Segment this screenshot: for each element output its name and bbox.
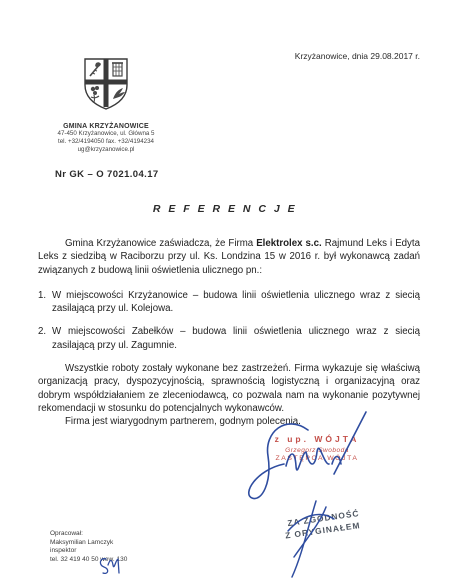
list-item-text: W miejscowości Krzyżanowice – budowa lin… xyxy=(52,289,420,316)
intro-before: Gmina Krzyżanowice zaświadcza, że Firma xyxy=(65,238,256,249)
document-body: Gmina Krzyżanowice zaświadcza, że Firma … xyxy=(38,237,420,429)
letterhead-email: ug@krzyzanowice.pl xyxy=(33,146,179,154)
preparer-initials-paraph xyxy=(96,551,124,577)
reference-letter-page: Krzyżanowice, dnia 29.08.2017 r. xyxy=(0,0,450,585)
document-title: R E F E R E N C J E xyxy=(0,203,450,215)
prepared-name: Maksymilian Lamczyk xyxy=(50,539,127,548)
date-line: Krzyżanowice, dnia 29.08.2017 r. xyxy=(295,51,420,61)
letterhead-phone: tel. +32/4194050 fax. +32/4194234 xyxy=(33,138,179,146)
paragraph-intro: Gmina Krzyżanowice zaświadcza, że Firma … xyxy=(38,237,420,277)
list-item: 1. W miejscowości Krzyżanowice – budowa … xyxy=(38,289,420,316)
prepared-label: Opracował: xyxy=(50,530,127,539)
list-item: 2. W miejscowości Zabełków – budowa lini… xyxy=(38,325,420,352)
list-item-number: 2. xyxy=(38,325,52,352)
letterhead: GMINA KRZYŻANOWICE 47-450 Krzyżanowice, … xyxy=(33,55,179,154)
coat-of-arms-icon xyxy=(77,55,135,118)
list-item-number: 1. xyxy=(38,289,52,316)
reference-number: Nr GK – O 7021.04.17 xyxy=(55,169,159,180)
list-item-text: W miejscowości Zabełków – budowa linii o… xyxy=(52,325,420,352)
certify-paraph-signature xyxy=(282,497,342,582)
company-name: Elektrolex s.c. xyxy=(256,238,322,249)
letterhead-name: GMINA KRZYŻANOWICE xyxy=(33,123,179,130)
letterhead-address: 47-450 Krzyżanowice, ul. Główna 5 xyxy=(33,130,179,138)
